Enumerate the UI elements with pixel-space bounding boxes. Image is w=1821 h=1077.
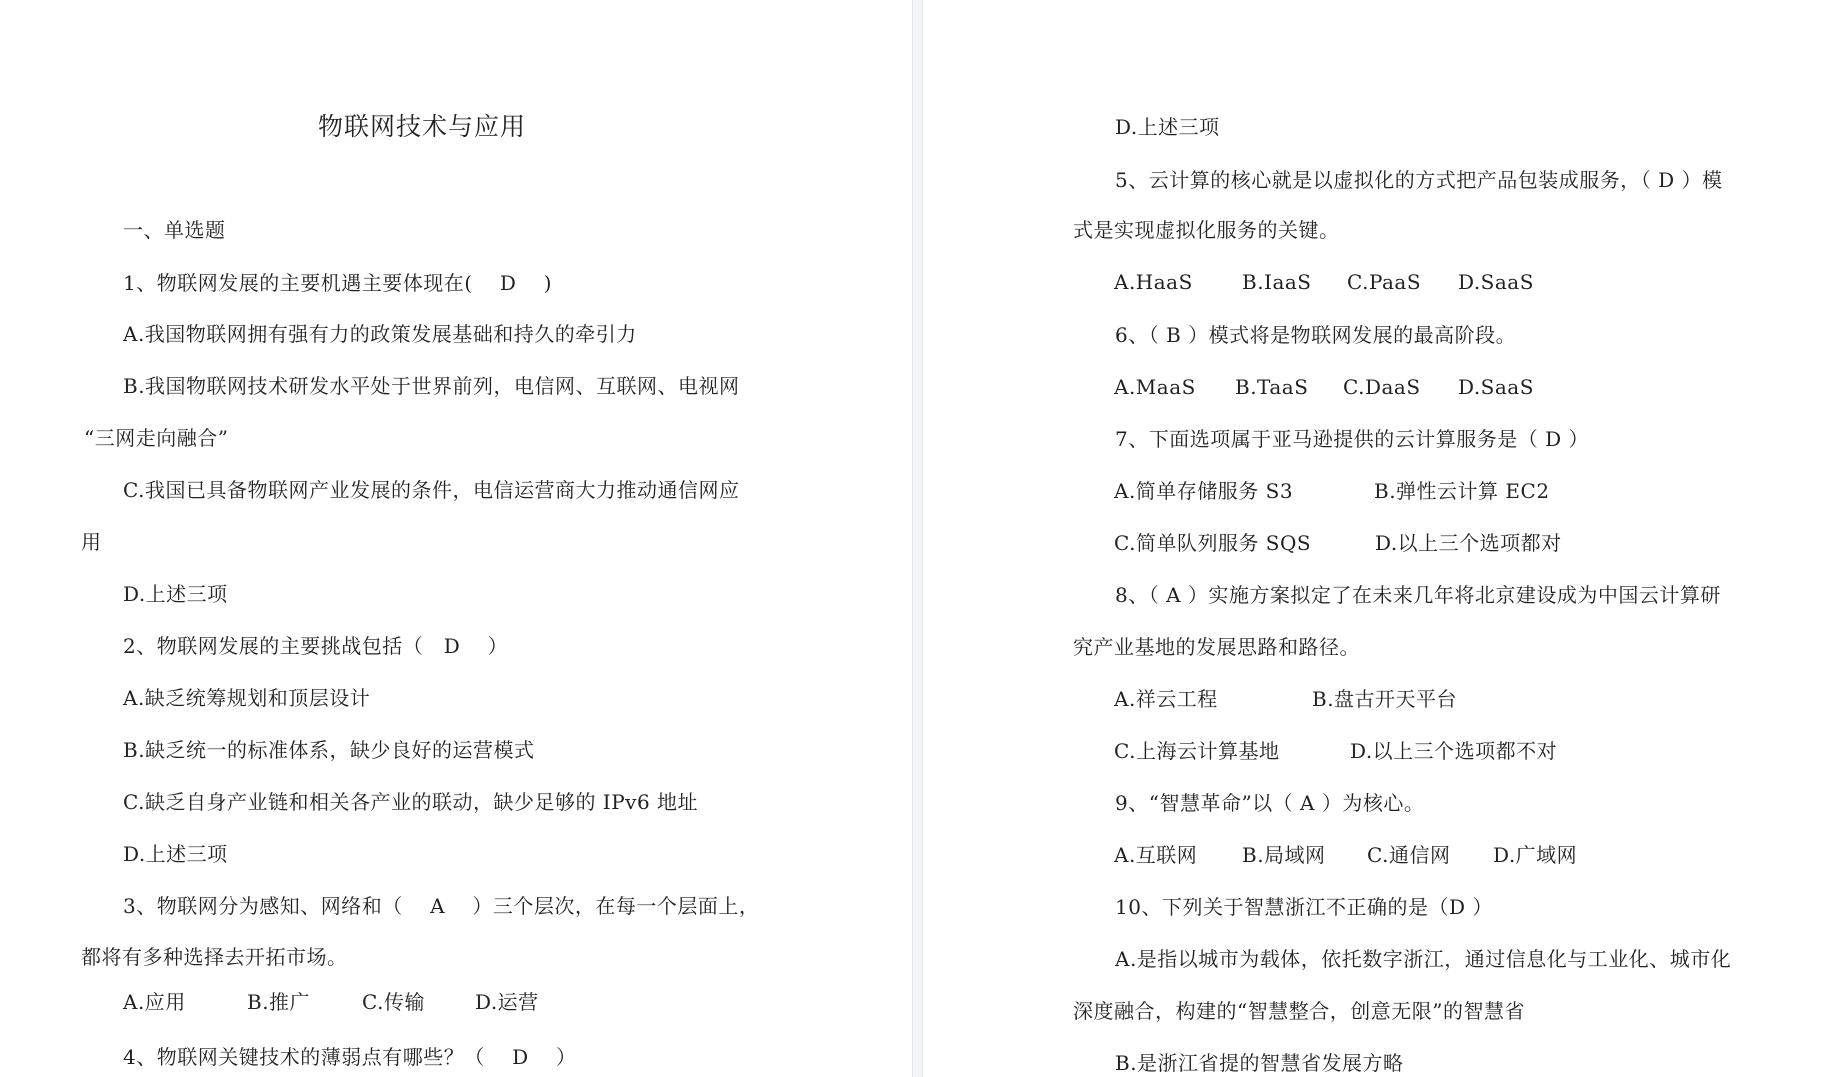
question-2-stem: 2、物联网发展的主要挑战包括（ D ） <box>123 633 508 659</box>
question-3-stem-continued: 都将有多种选择去开拓市场。 <box>81 944 348 970</box>
question-9-stem: 9、“智慧革命”以（ A ）为核心。 <box>1115 790 1424 816</box>
question-2-option-b: B.缺乏统一的标准体系，缺少良好的运营模式 <box>123 737 535 763</box>
question-4-stem: 4、物联网关键技术的薄弱点有哪些？（ D ） <box>123 1044 576 1070</box>
question-6-stem: 6、（ B ）模式将是物联网发展的最高阶段。 <box>1115 322 1516 348</box>
question-1-option-c-continued: 用 <box>81 529 102 555</box>
question-5-stem: 5、云计算的核心就是以虚拟化的方式把产品包装成服务，（ D ）模 <box>1115 167 1722 193</box>
document-page-right: D.上述三项 5、云计算的核心就是以虚拟化的方式把产品包装成服务，（ D ）模 … <box>923 0 1821 1077</box>
question-8-option-d: D.以上三个选项都不对 <box>1350 738 1557 764</box>
question-1-option-b-continued: “三网走向融合” <box>84 425 228 451</box>
question-6-option-b: B.TaaS <box>1235 374 1308 400</box>
question-6-option-a: A.MaaS <box>1114 374 1196 400</box>
question-3-option-d: D.运营 <box>475 989 539 1015</box>
question-9-option-c: C.通信网 <box>1367 842 1450 868</box>
question-3-option-c: C.传输 <box>362 989 425 1015</box>
question-10-stem: 10、下列关于智慧浙江不正确的是（D ） <box>1115 894 1493 920</box>
question-7-stem: 7、下面选项属于亚马逊提供的云计算服务是（ D ） <box>1115 426 1589 452</box>
section-heading: 一、单选题 <box>123 217 226 243</box>
question-6-option-d: D.SaaS <box>1458 374 1534 400</box>
question-1-stem: 1、物联网发展的主要机遇主要体现在( D ) <box>123 270 552 296</box>
question-5-option-d: D.SaaS <box>1458 269 1534 295</box>
question-1-option-a: A.我国物联网拥有强有力的政策发展基础和持久的牵引力 <box>123 321 637 347</box>
question-5-option-b: B.IaaS <box>1242 269 1312 295</box>
question-4-option-d: D.上述三项 <box>1115 114 1220 140</box>
question-2-option-d: D.上述三项 <box>123 841 228 867</box>
page-gutter <box>912 0 923 1077</box>
document-page-left: 物联网技术与应用 一、单选题 1、物联网发展的主要机遇主要体现在( D ) A.… <box>0 0 912 1077</box>
question-9-option-d: D.广域网 <box>1493 842 1577 868</box>
question-6-option-c: C.DaaS <box>1343 374 1421 400</box>
question-7-option-c: C.简单队列服务 SQS <box>1114 530 1311 556</box>
question-1-option-c: C.我国已具备物联网产业发展的条件，电信运营商大力推动通信网应 <box>123 477 739 503</box>
question-1-option-d: D.上述三项 <box>123 581 228 607</box>
question-10-option-a-continued: 深度融合，构建的“智慧整合，创意无限”的智慧省 <box>1073 998 1525 1024</box>
question-7-option-b: B.弹性云计算 EC2 <box>1374 478 1550 504</box>
question-5-option-c: C.PaaS <box>1347 269 1421 295</box>
question-3-stem: 3、物联网分为感知、网络和（ A ）三个层次，在每一个层面上， <box>123 893 759 919</box>
question-10-option-a: A.是指以城市为载体，依托数字浙江，通过信息化与工业化、城市化 <box>1115 946 1731 972</box>
question-3-option-a: A.应用 <box>123 989 186 1015</box>
question-8-option-b: B.盘古开天平台 <box>1312 686 1457 712</box>
question-8-stem-continued: 究产业基地的发展思路和路径。 <box>1073 634 1360 660</box>
question-10-option-b: B.是浙江省提的智慧省发展方略 <box>1115 1050 1404 1076</box>
question-5-stem-continued: 式是实现虚拟化服务的关键。 <box>1073 217 1340 243</box>
question-9-option-a: A.互联网 <box>1114 842 1197 868</box>
question-2-option-c: C.缺乏自身产业链和相关各产业的联动，缺少足够的 IPv6 地址 <box>123 789 698 815</box>
question-8-option-c: C.上海云计算基地 <box>1114 738 1279 764</box>
question-9-option-b: B.局域网 <box>1242 842 1326 868</box>
question-3-option-b: B.推广 <box>247 989 310 1015</box>
question-8-option-a: A.祥云工程 <box>1114 686 1218 712</box>
question-5-option-a: A.HaaS <box>1114 269 1193 295</box>
question-7-option-d: D.以上三个选项都对 <box>1375 530 1562 556</box>
question-8-stem: 8、（ A ）实施方案拟定了在未来几年将北京建设成为中国云计算研 <box>1115 582 1721 608</box>
document-title: 物联网技术与应用 <box>318 112 526 142</box>
question-1-option-b: B.我国物联网技术研发水平处于世界前列，电信网、互联网、电视网 <box>123 373 740 399</box>
question-2-option-a: A.缺乏统筹规划和顶层设计 <box>123 685 370 711</box>
question-7-option-a: A.简单存储服务 S3 <box>1114 478 1293 504</box>
